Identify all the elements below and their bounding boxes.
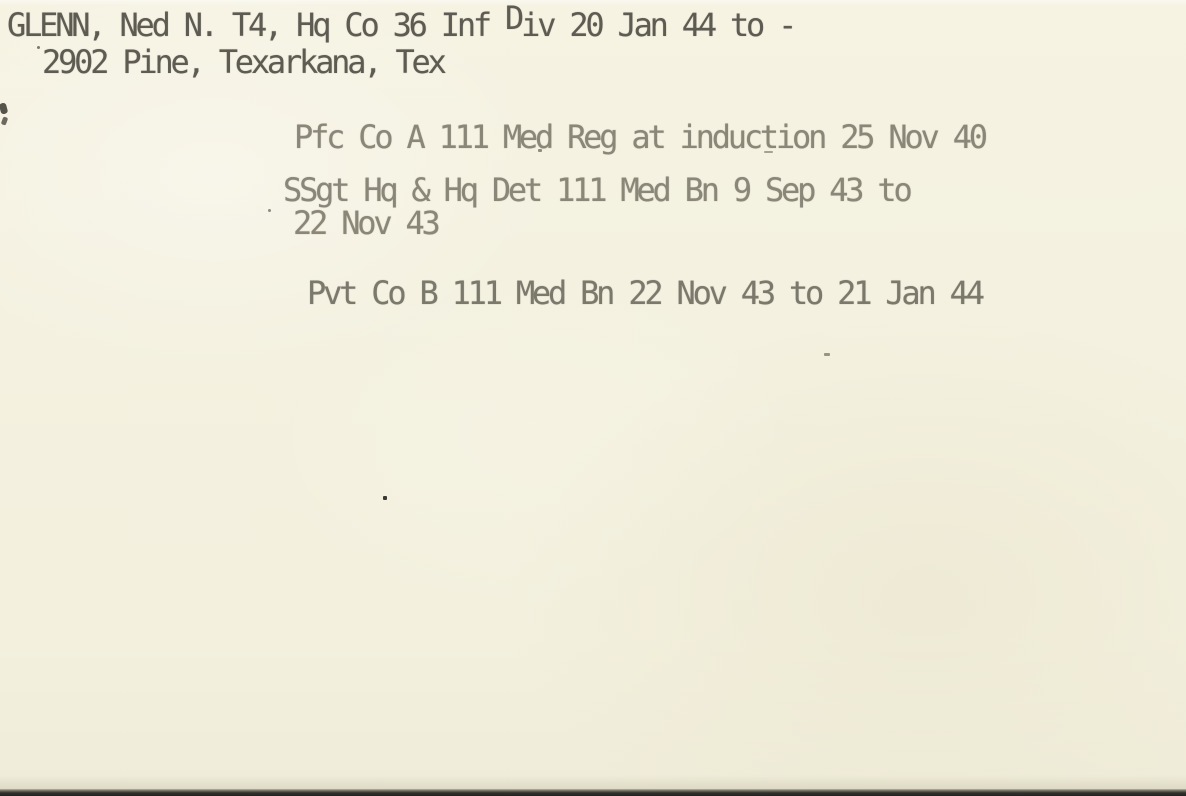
name-line-part2: iv 20 Jan 44 to - — [521, 6, 794, 44]
service-entry-induction: Pfc Co A 111 Med Reg at induction 25 Nov… — [294, 121, 985, 153]
scan-speck — [37, 46, 40, 49]
service-entry-pvt: Pvt Co B 111 Med Bn 22 Nov 43 to 21 Jan … — [307, 277, 982, 309]
address-line: 2902 Pine, Texarkana, Tex — [42, 46, 444, 78]
scan-speck — [1, 116, 8, 125]
scan-speck — [0, 102, 8, 114]
scan-speck — [764, 151, 773, 153]
scan-speck — [383, 496, 387, 500]
scan-bottom-edge — [0, 789, 1186, 796]
name-line-raised-letter: D — [505, 0, 521, 37]
scan-speck — [538, 149, 542, 152]
scan-speck — [268, 209, 271, 212]
service-entry-ssgt-continued: 22 Nov 43 — [293, 207, 438, 239]
card-bottom-shadow — [0, 775, 1186, 789]
name-service-line: GLENN, Ned N. T4, Hq Co 36 Inf Div 20 Ja… — [7, 9, 794, 41]
service-entry-ssgt: SSgt Hq & Hq Det 111 Med Bn 9 Sep 43 to — [283, 174, 910, 206]
name-line-part1: GLENN, Ned N. T4, Hq Co 36 Inf — [7, 6, 505, 44]
scan-speck — [824, 353, 830, 356]
index-card: GLENN, Ned N. T4, Hq Co 36 Inf Div 20 Ja… — [0, 0, 1186, 796]
